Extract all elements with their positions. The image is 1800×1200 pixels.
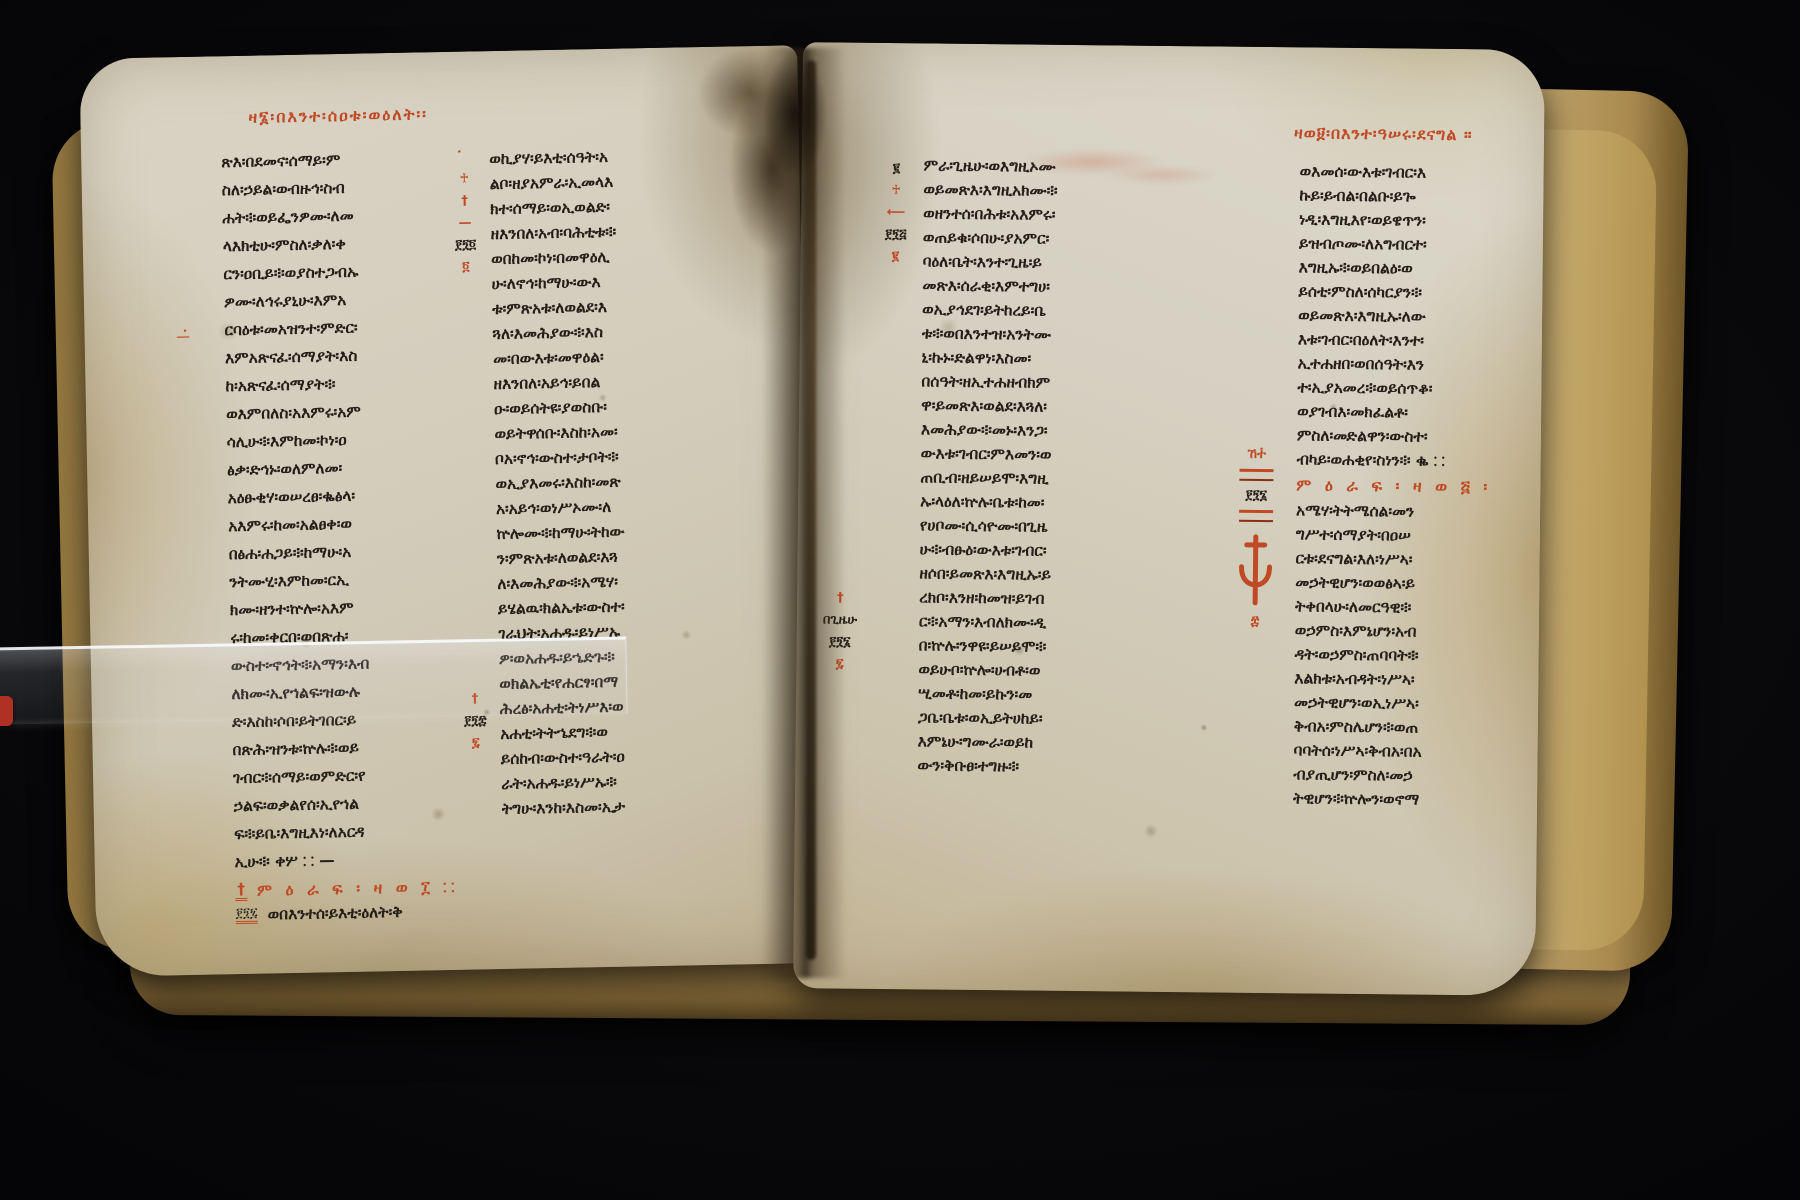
left-margin-flourish: —፞ [176, 329, 189, 344]
text-line: ባባትሰ፡ነሥኣ፡ቅብአ፡በአ [1293, 738, 1589, 765]
text-line: ብካይ፡ወሐቂየ፡ስነን፨ ቈ ⸬ [1297, 447, 1593, 474]
margin-mark: ♰ [891, 183, 901, 198]
right-column-2: ወእመሰ፡ውእቱ፡ገብር፡እኩይ፡ይብል፡በልቡ፡ይጐነዲ፡እግዚእየ፡ወይዌጥ… [1293, 159, 1596, 813]
text-line: ትግሁ፡እንከ፡እስመ፡ኢታ [502, 791, 790, 822]
rubric-cross-icon: † [235, 880, 247, 901]
chapter-rubric-left: ም ዕ ራ ፍ ፡ ዛ ወ ፲ ⸬ [257, 876, 459, 900]
right-page-header: ዛወ፱፡በእንተ፡ዓሠሩ፡ደናግል ። [1294, 123, 1473, 145]
margin-mark: ፪ [892, 249, 899, 264]
right-column-2-lower-lines: አሜሃ፡ትትሜሰል፡መንግሥተ፡ሰማያት፡በዐሠርቱ፡ደናግል፡እለ፡ነሥኣ፡መ… [1293, 498, 1592, 813]
margin-canon-number: ፰ [1251, 614, 1260, 629]
text-line: ወዘንተሰ፡በሕቱ፡አእምሩ፡ [923, 201, 1235, 228]
right-column-2-upper-lines: ወእመሰ፡ውእቱ፡ገብር፡እኩይ፡ይብል፡በልቡ፡ይጐነዲ፡እግዚእየ፡ወይዌጥ… [1297, 159, 1596, 474]
chapter-rubric-right: ም ዕ ራ ፍ ፡ ዛ ወ ፭ ፡ [1296, 471, 1592, 501]
text-line: ዳት፡ወኃምስ፡ጠባባት፨ [1294, 642, 1590, 669]
text-line: መኃትዊሆን፡ወወፅኣ፡ይ [1295, 570, 1591, 597]
text-line: ጋቤ፡ቤቱ፡ወኢይትሀከይ፡ [918, 705, 1230, 732]
red-divider-rule [1239, 469, 1273, 481]
text-line: ኒ፡ኩኑ፡ድልዋነ፡እስመ፡ [922, 345, 1234, 372]
text-line: አሜሃ፡ትትሜሰል፡መን [1296, 498, 1592, 525]
text-line: ጠቢብ፡ዘይሠይሞ፡እግዚ [920, 465, 1232, 492]
margin-mark: ⟵ [887, 205, 906, 220]
text-line: ግሥተ፡ሰማያት፡በዐሠ [1296, 522, 1592, 549]
text-line: ረክቦ፡እንዘ፡ከመዝ፡ይገብ [919, 585, 1231, 612]
text-line: ወበእንተሰ፡ይእቲ፡ዕለት፡ቅ [267, 898, 403, 929]
text-line: ሁ፨ብፁዕ፡ውእቱ፡ገብር፡ [920, 537, 1232, 564]
red-ink-offset-smudge [1012, 136, 1212, 188]
text-line: ኡ፡ላዕለ፡ኵሉ፡ቤቱ፡ከመ፡ [920, 489, 1232, 516]
gutter-top-stain [690, 50, 840, 265]
left-intercolumn-apparatus: ፞♰†—፻፺፬፬ [453, 149, 477, 274]
margin-mark: ♰ [459, 172, 469, 187]
text-line: ውን፡ቅቡፀ፡ተግዙ፨ [917, 753, 1229, 780]
red-clip [0, 696, 13, 726]
text-line: ወይመጽእ፡እግዚኡ፡ለው [1298, 303, 1594, 330]
text-line: ር፨አማን፡እብለክሙ፡ዲ [919, 609, 1231, 636]
text-line: መጽእ፡ሰራቂ፡እምተግሀ፡ [922, 273, 1234, 300]
margin-mark: ፬ [462, 260, 469, 275]
left-page-header: ዛ፮፡በእንተ፡ሰዐቱ፡ወዕለት፡፡ [248, 104, 428, 127]
text-line: ይሰቲ፡ምስለ፡ሰካርያን፨ [1298, 279, 1594, 306]
text-line: ምስለ፡መድልዋን፡ውስተ፡ [1297, 423, 1593, 450]
margin-mark: ፻፺፭ [885, 227, 907, 242]
manuscript-photo: ዛ፮፡በእንተ፡ሰዐቱ፡ወዕለት፡፡ ጽእ፡በደመና፡ሰማይ፡ምስለ፡ኃይል፡ወ… [0, 0, 1800, 1200]
text-line: በ፡ኵሉ፡ንዋዩ፡ይሠይሞ፨ [919, 633, 1231, 660]
red-divider-rule [1239, 510, 1273, 522]
text-line: ዋ፡ይመጽእ፡ወልደ፡እጓለ፡ [921, 393, 1233, 420]
margin-mark: ፯ [472, 735, 480, 750]
text-line: ወያገብእ፡መክፈልቶ፡ [1297, 399, 1593, 426]
text-line: የሀቦሙ፡ሲሳዮሙ፡በጊዜ [920, 513, 1232, 540]
text-line: ወኃምስ፡እምኔሆን፡አብ [1295, 618, 1591, 645]
coptic-cross-ornament [1235, 533, 1276, 607]
right-margin-apparatus-top: ፪♰⟵፻፺፭፪ [885, 161, 908, 264]
text-line: ሢመቶ፡ከመ፡ይኩን፡መ [918, 681, 1230, 708]
text-line: ቱ፨ወበእንተዝ፡አንትሙ [922, 321, 1234, 348]
text-line: ኩይ፡ይብል፡በልቡ፡ይጐ [1299, 183, 1595, 210]
text-line: እመሕያው፨መኑ፡እንጋ፡ [921, 417, 1233, 444]
text-line: ውእቱ፡ገብር፡ምእመን፡ወ [921, 441, 1233, 468]
text-line: ብያጢሆን፡ምስለ፡መኃ [1293, 762, 1589, 789]
text-line: ወይሁቦ፡ኵሎ፡ሀብቶ፡ወ [918, 657, 1230, 684]
margin-mark: ፻፺፬ [455, 237, 477, 252]
text-line: ይዝብጦሙ፡ለአግብርተ፡ [1299, 231, 1595, 258]
margin-scribble: ኸተ፞ [1247, 447, 1266, 462]
text-line: ኢሁ፨ ቀሦ ⸬ — [234, 843, 510, 876]
text-line: ባዕለ፡ቤት፡እንተ፡ጊዜ፡ይ [923, 249, 1235, 276]
text-line: ወኢያኅደገ፡ይትከረይ፡ቤ [922, 297, 1234, 324]
text-line: መኃትዊሆን፡ወኢነሥኣ፡ [1294, 690, 1590, 717]
text-line: ተ፡ኢያአመረ፨ወይሰጥቆ፡ [1297, 375, 1593, 402]
right-column-1-lines: ምራ፡ጊዜሁ፡ወእግዚኦሙወይመጽእ፡እግዚአክሙ፨ወዘንተሰ፡በሕቱ፡አእምሩ… [917, 153, 1236, 780]
text-line: ትቀበላሁ፡ለመርዓዊ፨ [1295, 594, 1591, 621]
text-line: በሰዓት፡ዘኢተሐዘብክም [921, 369, 1233, 396]
text-line: ትዊሆን፨ኵሎን፡ወኖማ [1293, 786, 1589, 813]
margin-mark: ፪ [893, 161, 900, 176]
text-line: እልክቱ፡አብዳት፡ነሥኣ፡ [1294, 666, 1590, 693]
text-line: እምኔሁ፡ግሙራ፡ወይከ [918, 729, 1230, 756]
text-line: ዘሶበ፡ይመጽእ፡እግዚኡ፡ይ [919, 561, 1231, 588]
glass-weight-strip [0, 636, 628, 724]
text-line: ወጠይቁ፡ሶበሁ፡ያአምር፡ [923, 225, 1235, 252]
margin-mark: † [461, 194, 468, 209]
text-line: እቱ፡ገብር፡በዕለት፡እንተ፡ [1298, 327, 1594, 354]
margin-mark: —፞ [176, 329, 189, 344]
margin-mark: — [458, 215, 471, 230]
section-number-row: ፻፺፯ ወበእንተሰ፡ይእቲ፡ዕለት፡ቅ [235, 896, 511, 929]
eusebian-section-number: ፻፺፯ [236, 906, 258, 924]
text-line: ርቱ፡ደናግል፡እለ፡ነሥኣ፡ [1295, 546, 1591, 573]
text-line: ቅብአ፡ምስሌሆን፨ወጠ [1294, 714, 1590, 741]
text-line: ወእመሰ፡ውእቱ፡ገብር፡እ [1300, 159, 1596, 186]
text-line: ኢተሐዘበ፡ወበሰዓት፡እን [1298, 351, 1594, 378]
right-intercolumn-apparatus: ኸተ፞ ፻፺፮ ፰ [1235, 447, 1277, 629]
text-line: ነዲ፡እግዚእየ፡ወይዌጥን፡ [1299, 207, 1595, 234]
eusebian-section-number: ፻፺፮ [1245, 488, 1267, 503]
text-line: እግዚኡ፨ወይበልዕ፡ወ [1299, 255, 1595, 282]
right-column-1: ምራ፡ጊዜሁ፡ወእግዚኦሙወይመጽእ፡እግዚአክሙ፨ወዘንተሰ፡በሕቱ፡አእምሩ… [917, 153, 1236, 780]
